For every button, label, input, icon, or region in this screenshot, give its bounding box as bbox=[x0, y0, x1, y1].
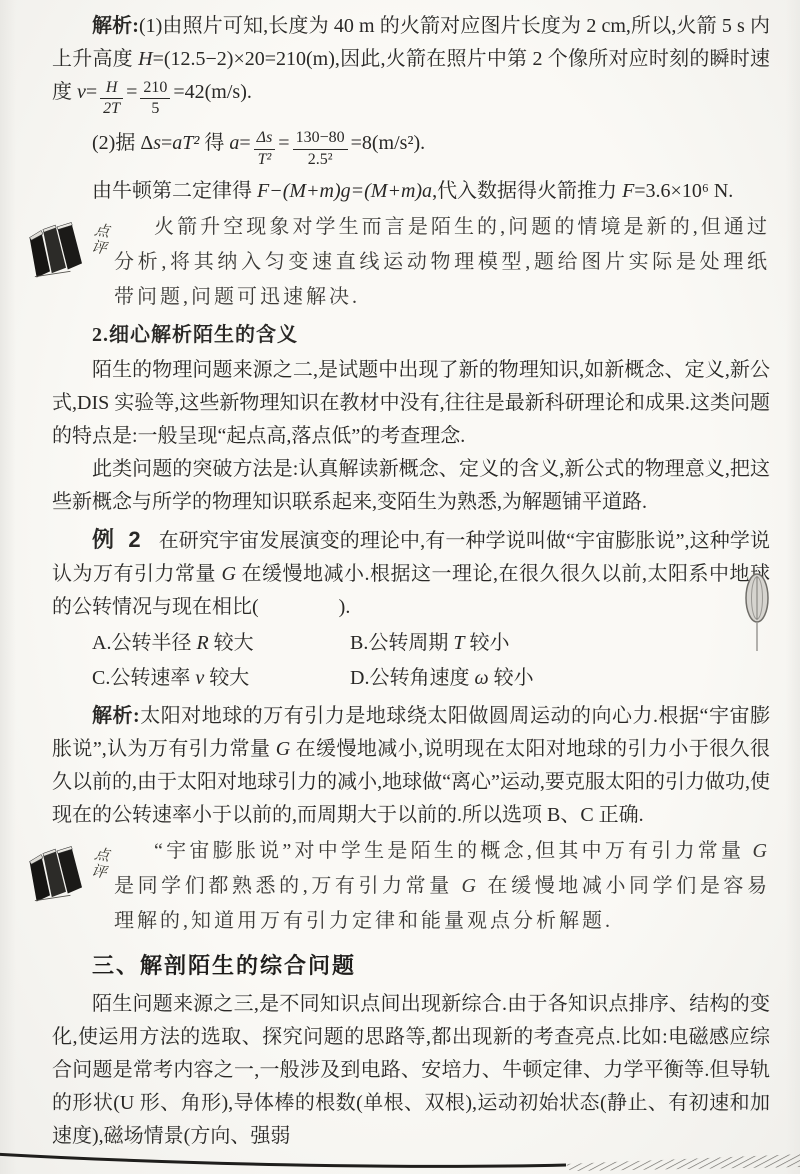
option-C: C.公转速率 v 较大 bbox=[92, 661, 350, 696]
variable-R: R bbox=[196, 632, 208, 654]
option-key: A. bbox=[92, 632, 111, 654]
text-run: 公转角速度 bbox=[369, 667, 474, 689]
fraction-210-5: 2105 bbox=[137, 79, 173, 119]
fraction-ds-T2: ΔsT² bbox=[251, 129, 279, 169]
text-run: 较小 bbox=[489, 667, 534, 689]
section-heading: 三、解剖陌生的综合问题 bbox=[92, 949, 770, 982]
variable-s: s bbox=[153, 132, 161, 154]
text-run: 公转半径 bbox=[111, 632, 196, 654]
fraction-denominator: 2.5² bbox=[293, 150, 348, 169]
comment-block-1: 点评 火箭升空现象对学生而言是陌生的,问题的情境是新的,但通过分析,将其纳入匀变… bbox=[52, 210, 770, 315]
books-icon: 点评 bbox=[26, 220, 108, 292]
text-run: 较大 bbox=[204, 667, 249, 689]
text-run: ,代入数据得火箭推力 bbox=[432, 180, 622, 202]
solution1-paragraph: 解析:(1)由照片可知,长度为 40 m 的火箭对应图片长度为 2 cm,所以,… bbox=[52, 10, 770, 119]
solution-label: 解析: bbox=[92, 705, 140, 727]
variable-F: F bbox=[622, 180, 634, 202]
text-run: (2)据 Δ bbox=[92, 132, 153, 154]
comment-label: 点评 bbox=[88, 221, 109, 257]
options-row-1: A.公转半径 R 较大 B.公转周期 T 较小 bbox=[92, 626, 770, 661]
variable-T: T bbox=[453, 632, 464, 654]
option-key: C. bbox=[92, 667, 110, 689]
text-run: 是同学们都熟悉的,万有引力常量 bbox=[114, 875, 461, 897]
text-run: 较大 bbox=[209, 632, 254, 654]
variable-G: G bbox=[222, 563, 236, 585]
solution1-step2: (2)据 Δs=aT² 得 a=ΔsT²=130−802.5²=8(m/s²). bbox=[52, 127, 770, 170]
variable-G: G bbox=[753, 840, 770, 862]
fraction-numerator: Δs bbox=[254, 129, 276, 149]
section3-paragraph: 陌生问题来源之三,是不同知识点间出现新综合.由于各知识点排序、结构的变化,使运用… bbox=[52, 988, 770, 1153]
book-page: 解析:(1)由照片可知,长度为 40 m 的火箭对应图片长度为 2 cm,所以,… bbox=[0, 0, 800, 1174]
leaf-tab-icon bbox=[744, 572, 770, 652]
fraction-130-80: 130−802.5² bbox=[290, 129, 351, 169]
page-content: 解析:(1)由照片可知,长度为 40 m 的火箭对应图片长度为 2 cm,所以,… bbox=[0, 0, 800, 1153]
variable-aT2: aT² bbox=[172, 132, 199, 154]
fraction-denominator: T² bbox=[254, 150, 276, 169]
option-D: D.公转角速度 ω 较小 bbox=[350, 661, 534, 696]
variable-G: G bbox=[461, 875, 478, 897]
fraction-denominator: 2T bbox=[100, 99, 123, 118]
text-run: =42(m/s). bbox=[173, 81, 252, 103]
solution1-newton: 由牛顿第二定律得 F−(M+m)g=(M+m)a,代入数据得火箭推力 F=3.6… bbox=[52, 175, 770, 208]
text-run: 得 bbox=[199, 132, 229, 154]
solution-label: 解析: bbox=[92, 15, 139, 37]
text-run: = bbox=[126, 81, 137, 103]
comment-label: 点评 bbox=[88, 845, 109, 881]
text-run: 火箭升空现象对学生而言是陌生的,问题的情境是新的,但通过分析,将其纳入匀变速直线… bbox=[114, 216, 770, 308]
fraction-numerator: 210 bbox=[140, 79, 170, 99]
option-B: B.公转周期 T 较小 bbox=[350, 626, 509, 661]
example-label: 例 2 bbox=[92, 527, 145, 552]
fraction-numerator: H bbox=[100, 79, 123, 99]
subsection-heading: 2.细心解析陌生的含义 bbox=[92, 319, 770, 352]
text-run: 公转速率 bbox=[110, 667, 195, 689]
text-run: “宇宙膨胀说”对中学生是陌生的概念,但其中万有引力常量 bbox=[154, 840, 753, 862]
option-A: A.公转半径 R 较大 bbox=[92, 626, 350, 661]
books-icon-graphic bbox=[26, 844, 90, 904]
books-icon: 点评 bbox=[26, 844, 108, 916]
options-list: A.公转半径 R 较大 B.公转周期 T 较小 C.公转速率 v 较大 D.公转… bbox=[92, 626, 770, 696]
text-run: =8(m/s²). bbox=[351, 132, 426, 154]
variable-omega: ω bbox=[474, 667, 488, 689]
variable-v: v bbox=[195, 667, 204, 689]
option-key: B. bbox=[350, 632, 368, 654]
newton-equation: F−(M+m)g=(M+m)a bbox=[257, 180, 432, 202]
comment-text: “宇宙膨胀说”对中学生是陌生的概念,但其中万有引力常量 G 是同学们都熟悉的,万… bbox=[52, 834, 770, 939]
text-run: =3.6×10⁶ N. bbox=[634, 180, 733, 202]
variable-a: a bbox=[229, 132, 239, 154]
text-run: 由牛顿第二定律得 bbox=[92, 180, 257, 202]
variable-v: v bbox=[77, 81, 86, 103]
solution2-paragraph: 解析:太阳对地球的万有引力是地球绕太阳做圆周运动的向心力.根据“宇宙膨胀说”,认… bbox=[52, 700, 770, 832]
section2-paragraph-2: 此类问题的突破方法是:认真解读新概念、定义的含义,新公式的物理意义,把这些新概念… bbox=[52, 453, 770, 519]
fraction-H-2T: H2T bbox=[97, 79, 126, 119]
text-run: = bbox=[239, 132, 250, 154]
books-icon-graphic bbox=[26, 220, 90, 280]
text-run: 公转周期 bbox=[368, 632, 453, 654]
option-key: D. bbox=[350, 667, 369, 689]
page-bottom-edge bbox=[0, 1138, 800, 1174]
text-run: = bbox=[86, 81, 97, 103]
variable-G: G bbox=[276, 738, 290, 760]
comment-block-2: 点评 “宇宙膨胀说”对中学生是陌生的概念,但其中万有引力常量 G 是同学们都熟悉… bbox=[52, 834, 770, 939]
example2-stem: 例 2在研究宇宙发展演变的理论中,有一种学说叫做“宇宙膨胀说”,这种学说认为万有… bbox=[52, 523, 770, 624]
options-row-2: C.公转速率 v 较大 D.公转角速度 ω 较小 bbox=[92, 661, 770, 696]
fraction-numerator: 130−80 bbox=[293, 129, 348, 149]
text-run: 较小 bbox=[464, 632, 509, 654]
fraction-denominator: 5 bbox=[140, 99, 170, 118]
text-run: = bbox=[278, 132, 289, 154]
section2-paragraph-1: 陌生的物理问题来源之二,是试题中出现了新的物理知识,如新概念、定义,新公式,DI… bbox=[52, 354, 770, 453]
comment-text: 火箭升空现象对学生而言是陌生的,问题的情境是新的,但通过分析,将其纳入匀变速直线… bbox=[52, 210, 770, 315]
text-run: = bbox=[161, 132, 172, 154]
variable-H: H bbox=[138, 48, 152, 70]
